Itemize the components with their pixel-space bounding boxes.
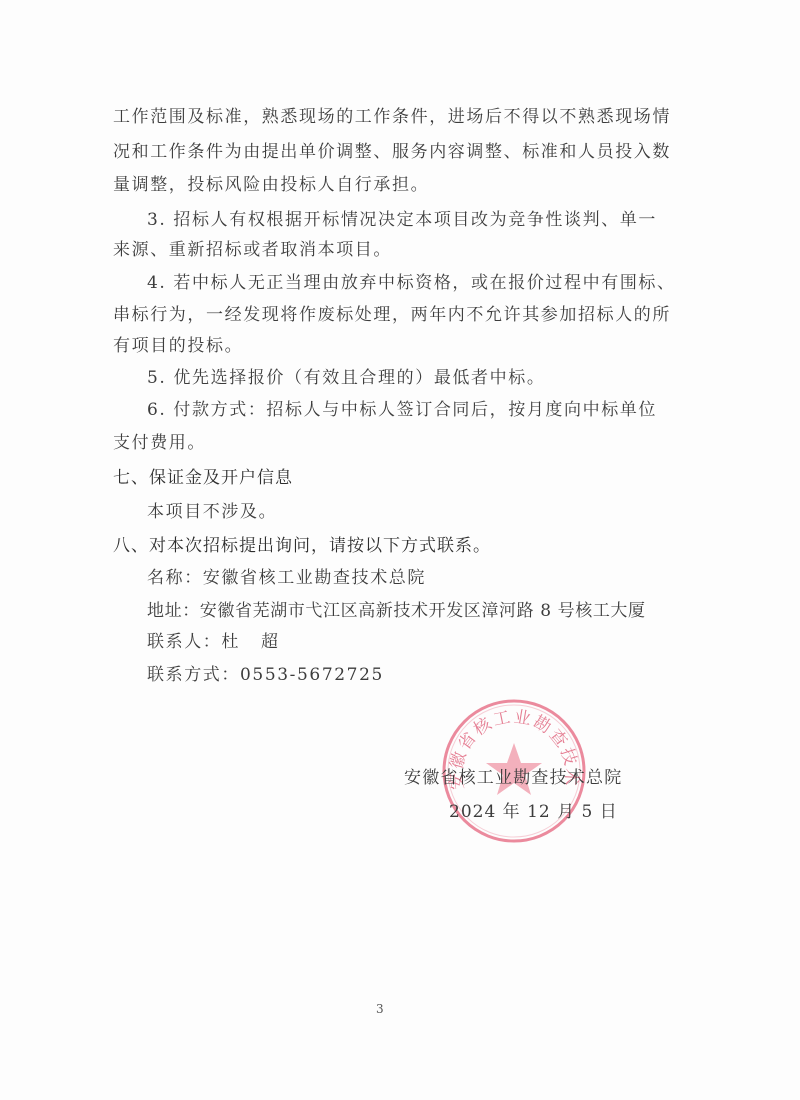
- section-7-heading: 七、保证金及开户信息: [113, 467, 293, 489]
- contact-address: 地址：安徽省芜湖市弋江区高新技术开发区漳河路 8 号核工大厦: [147, 600, 646, 622]
- section-8-heading: 八、对本次招标提出询问，请按以下方式联系。: [113, 535, 491, 557]
- item-4-line-3: 有项目的投标。: [113, 335, 243, 357]
- contact-phone: 联系方式：0553-5672725: [147, 664, 384, 686]
- item-6-line-1: 6. 付款方式：招标人与中标人签订合同后，按月度向中标单位: [147, 399, 657, 421]
- item-4-line-1: 4. 若中标人无正当理由放弃中标资格，或在报价过程中有围标、: [147, 272, 676, 294]
- contact-name: 名称：安徽省核工业勘查技术总院: [147, 567, 426, 589]
- item-6-line-2: 支付费用。: [113, 432, 206, 454]
- signature-date: 2024 年 12 月 5 日: [449, 801, 618, 823]
- contact-person: 联系人：杜 超: [147, 631, 280, 653]
- body-line-2: 况和工作条件为由提出单价调整、服务内容调整、标准和人员投入数: [113, 141, 671, 163]
- item-3-line-2: 来源、重新招标或者取消本项目。: [113, 239, 392, 261]
- item-3-line-1: 3. 招标人有权根据开标情况决定本项目改为竞争性谈判、单一: [147, 209, 657, 231]
- body-line-3: 量调整，投标风险由投标人自行承担。: [113, 174, 429, 196]
- signature-organization: 安徽省核工业勘查技术总院: [404, 767, 622, 789]
- section-7-content: 本项目不涉及。: [147, 501, 277, 523]
- item-5: 5. 优先选择报价（有效且合理的）最低者中标。: [147, 367, 545, 389]
- document-page: 工作范围及标准，熟悉现场的工作条件，进场后不得以不熟悉现场情 况和工作条件为由提…: [0, 0, 800, 1100]
- page-number: 3: [376, 1002, 384, 1016]
- item-4-line-2: 串标行为，一经发现将作废标处理，两年内不允许其参加招标人的所: [113, 304, 671, 326]
- body-line-1: 工作范围及标准，熟悉现场的工作条件，进场后不得以不熟悉现场情: [113, 106, 671, 128]
